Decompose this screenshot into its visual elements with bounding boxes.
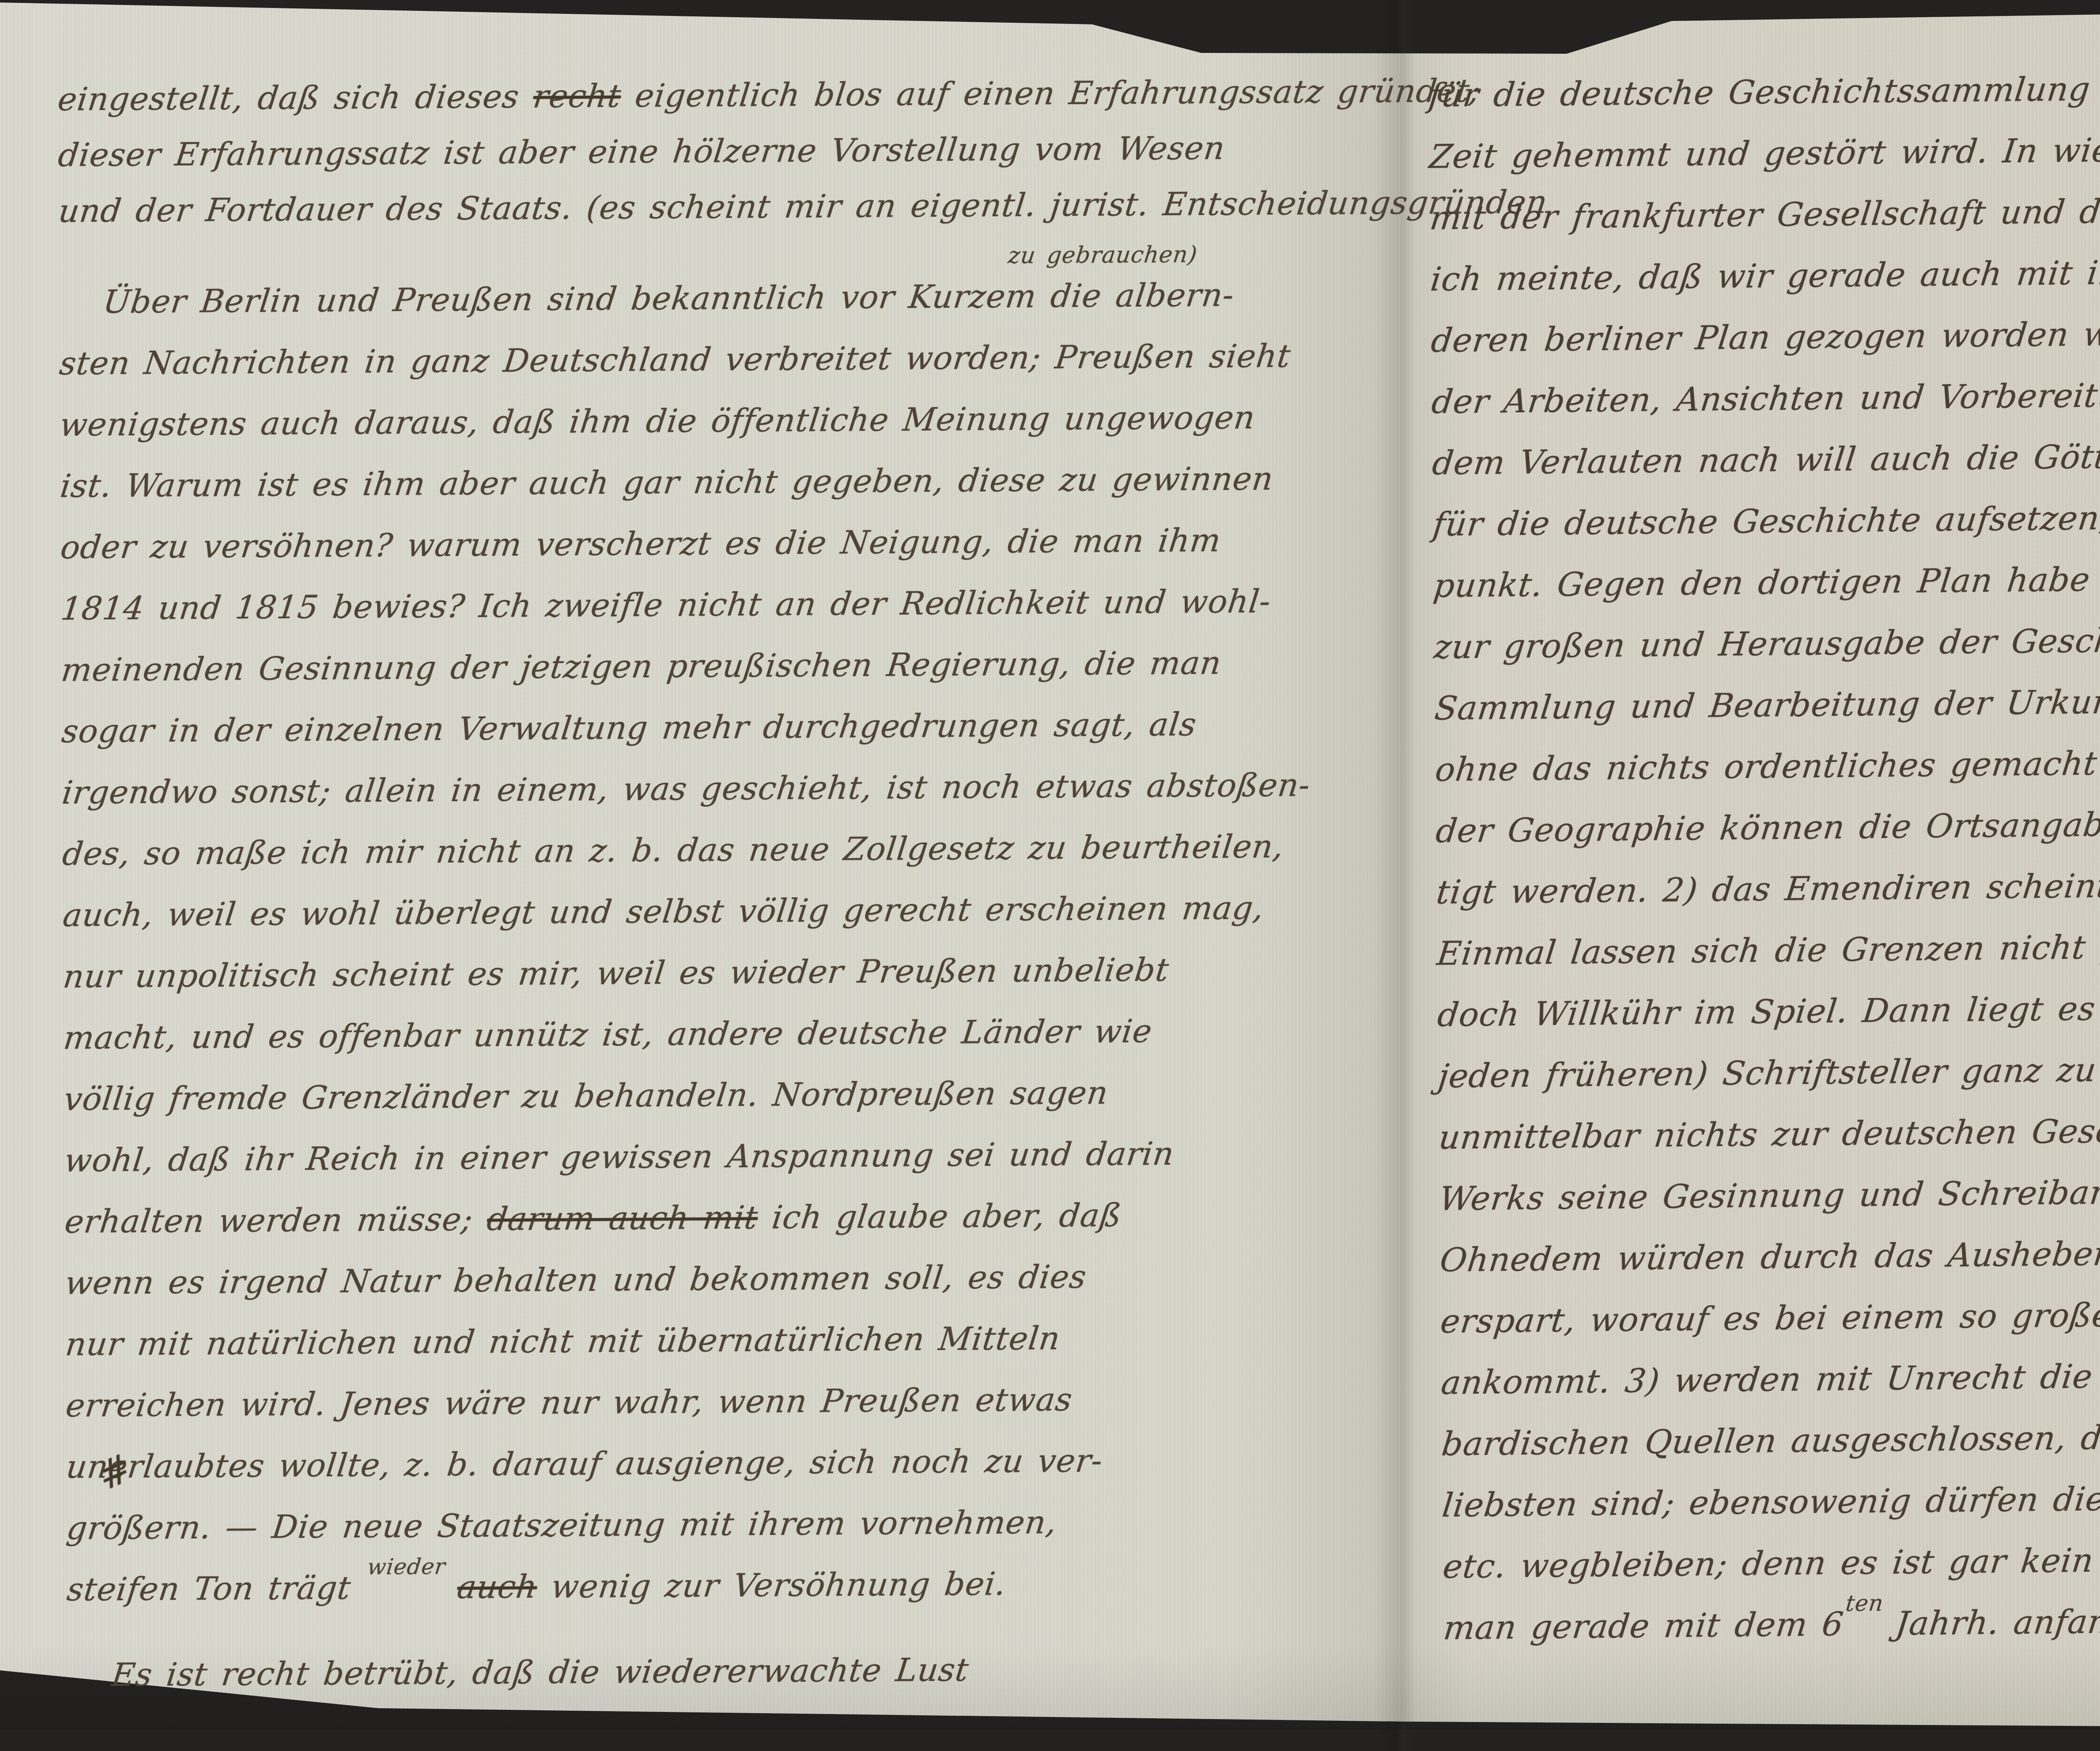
manuscript-line: 1814 und 1815 bewies? Ich zweifle nicht … bbox=[61, 582, 1385, 651]
manuscript-line: deren berliner Plan gezogen worden wären… bbox=[1431, 309, 2100, 383]
manuscript-line: dieser Erfahrungssatz ist aber eine hölz… bbox=[58, 128, 1382, 192]
manuscript-line: ankommt. 3) werden mit Unrecht die gothi… bbox=[1441, 1352, 2100, 1426]
manuscript-line: und der Fortdauer des Staats. (es schein… bbox=[59, 184, 1382, 248]
strikethrough-text: darum auch mit bbox=[485, 1198, 760, 1237]
manuscript-line: wohl, daß ihr Reich in einer gewissen An… bbox=[65, 1133, 1388, 1203]
manuscript-line: sogar in der einzelnen Verwaltung mehr d… bbox=[62, 704, 1385, 773]
manuscript-line: unerlaubtes wollte, z. b. darauf ausgien… bbox=[66, 1440, 1390, 1509]
manuscript-line: auch, weil es wohl überlegt und selbst v… bbox=[63, 888, 1386, 957]
manuscript-line: irgendwo sonst; allein in einem, was ges… bbox=[62, 765, 1386, 835]
manuscript-line: zur großen und Herausgabe der Geschichts… bbox=[1434, 616, 2100, 690]
manuscript-line: eingestellt, daß sich dieses recht eigen… bbox=[58, 72, 1381, 136]
manuscript-line: Zeit gehemmt und gestört wird. In wie we… bbox=[1429, 126, 2100, 199]
manuscript-line: Sammlung und Bearbeitung der Urkunden mü… bbox=[1435, 677, 2100, 751]
inserted-word: wieder bbox=[366, 1554, 447, 1580]
manuscript-line: Über Berlin und Preußen sind bekanntlich… bbox=[59, 275, 1383, 344]
manuscript-line: Ohnedem würden durch das Ausheben höchst… bbox=[1440, 1229, 2100, 1303]
manuscript-line: tigt werden. 2) das Emendiren scheint mi… bbox=[1436, 861, 2100, 935]
manuscript-line: nur unpolitisch scheint es mir, weil es … bbox=[63, 949, 1387, 1019]
manuscript-line: wenn es irgend Natur behalten und bekomm… bbox=[65, 1256, 1389, 1325]
manuscript-line: mit der frankfurter Gesellschaft und dem… bbox=[1430, 187, 2100, 261]
inserted-word: ten bbox=[1844, 1590, 1885, 1617]
manuscript-line: punkt. Gegen den dortigen Plan habe ich … bbox=[1433, 555, 2100, 629]
manuscript-line: jeden früheren) Schriftsteller ganz zu h… bbox=[1438, 1045, 2100, 1119]
manuscript-line: für die deutsche Geschichtssammlung durc… bbox=[1429, 64, 2100, 138]
manuscript-line: doch Willkühr im Spiel. Dann liegt es da… bbox=[1438, 984, 2100, 1058]
manuscript-line: erreichen wird. Jenes wäre nur wahr, wen… bbox=[66, 1379, 1389, 1448]
page-left: eingestellt, daß sich dieses recht eigen… bbox=[58, 72, 1391, 1717]
manuscript-line: ich meinte, daß wir gerade auch mit in d… bbox=[1431, 248, 2100, 322]
manuscript-line: oder zu versöhnen? warum verscherzt es d… bbox=[61, 520, 1384, 590]
page-right: für die deutsche Geschichtssammlung durc… bbox=[1429, 64, 2100, 1670]
manuscript-line: erspart, worauf es bei einem so großen U… bbox=[1441, 1290, 2100, 1364]
manuscript-line: ohne das nichts ordentliches gemacht wer… bbox=[1435, 739, 2100, 813]
manuscript-line: für die deutsche Geschichte aufsetzen, d… bbox=[1433, 493, 2100, 567]
manuscript-line: etc. wegbleiben; denn es ist gar kein Gr… bbox=[1443, 1536, 2100, 1609]
strikethrough-text: recht bbox=[531, 77, 623, 115]
manuscript-line: macht, und es offenbar unnütz ist, ander… bbox=[64, 1011, 1387, 1080]
manuscript-line: des, so maße ich mir nicht an z. b. das … bbox=[63, 827, 1386, 896]
manuscript-line: Es ist recht betrübt, daß die wiedererwa… bbox=[68, 1648, 1391, 1717]
manuscript-line: man gerade mit dem 6ten Jahrh. anfangen … bbox=[1444, 1597, 2100, 1671]
manuscript-line: unmittelbar nichts zur deutschen Geschic… bbox=[1439, 1106, 2100, 1180]
manuscript-line: Einmal lassen sich die Grenzen nicht gen… bbox=[1437, 923, 2100, 996]
manuscript-line: liebsten sind; ebensowenig dürfen die äl… bbox=[1442, 1474, 2100, 1548]
manuscript-line: der Geographie können die Ortsangaben de… bbox=[1436, 800, 2100, 874]
scan-background: { "document": { "kind": "Scanned double … bbox=[0, 0, 2100, 1751]
manuscript-line: bardischen Quellen ausgeschlossen, die m… bbox=[1442, 1413, 2100, 1487]
manuscript-line: wenigstens auch daraus, daß ihm die öffe… bbox=[60, 398, 1383, 467]
manuscript-line: der Arbeiten, Ansichten und Vorbereitung… bbox=[1432, 371, 2100, 445]
manuscript-line: größern. — Die neue Staatszeitung mit ih… bbox=[67, 1501, 1390, 1570]
manuscript-line: ist. Warum ist es ihm aber auch gar nich… bbox=[60, 459, 1384, 528]
manuscript-line: meinenden Gesinnung der jetzigen preußis… bbox=[61, 643, 1385, 712]
manuscript-line: erhalten werden müsse; darum auch mit ic… bbox=[65, 1195, 1388, 1264]
manuscript-line: nur mit natürlichen und nicht mit überna… bbox=[66, 1317, 1389, 1387]
strikethrough-text: auch bbox=[455, 1568, 539, 1606]
manuscript-line: Werks seine Gesinnung und Schreibart erl… bbox=[1439, 1168, 2100, 1242]
manuscript-line: völlig fremde Grenzländer zu behandeln. … bbox=[64, 1072, 1388, 1141]
manuscript-line: steifen Ton trägt wieder auch wenig zur … bbox=[67, 1562, 1391, 1632]
manuscript-line: sten Nachrichten in ganz Deutschland ver… bbox=[60, 336, 1383, 406]
manuscript-line: dem Verlauten nach will auch die Götting… bbox=[1432, 432, 2100, 506]
